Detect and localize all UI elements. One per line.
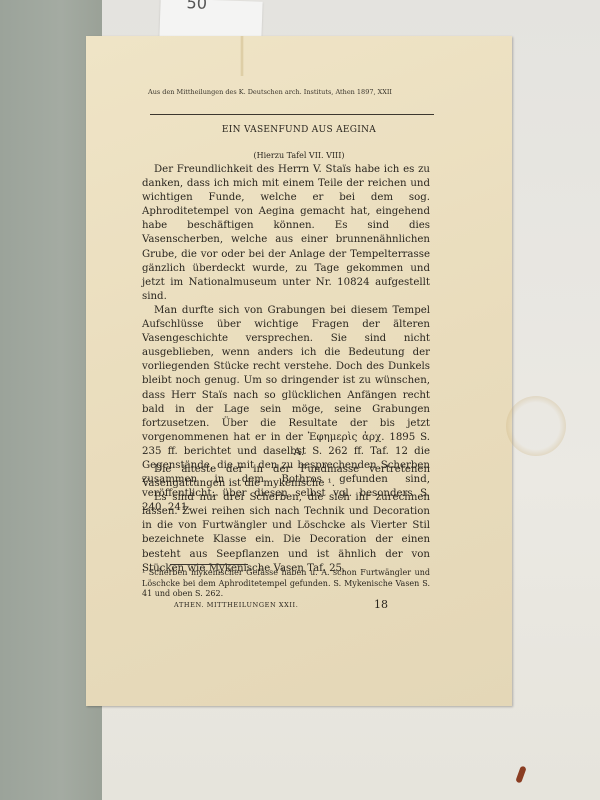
page-number: 18 [374,598,388,611]
article-title: EIN VASENFUND AUS AEGINA [86,125,512,135]
footer-signature: ATHEN. MITTHEILUNGEN XXII. [174,601,298,609]
header-rule [150,114,434,115]
paragraph: Die älteste der in der Fundmasse vertret… [142,463,430,491]
section-heading: A. [86,447,512,458]
article-subtitle: (Hierzu Tafel VII. VIII) [86,151,512,160]
water-stain [506,396,566,456]
price-tag-text: 50 [186,0,207,13]
footnote-rule [170,564,248,565]
section-text: Die älteste der in der Fundmasse vertret… [142,463,430,576]
footnote: ¹ Scherben mykenischer Gefässe haben u. … [142,568,430,600]
page-crease [240,36,244,76]
running-head: Aus den Mittheilungen des K. Deutschen a… [148,88,408,96]
paragraph: Der Freundlichkeit des Herrn V. Staïs ha… [142,163,430,304]
